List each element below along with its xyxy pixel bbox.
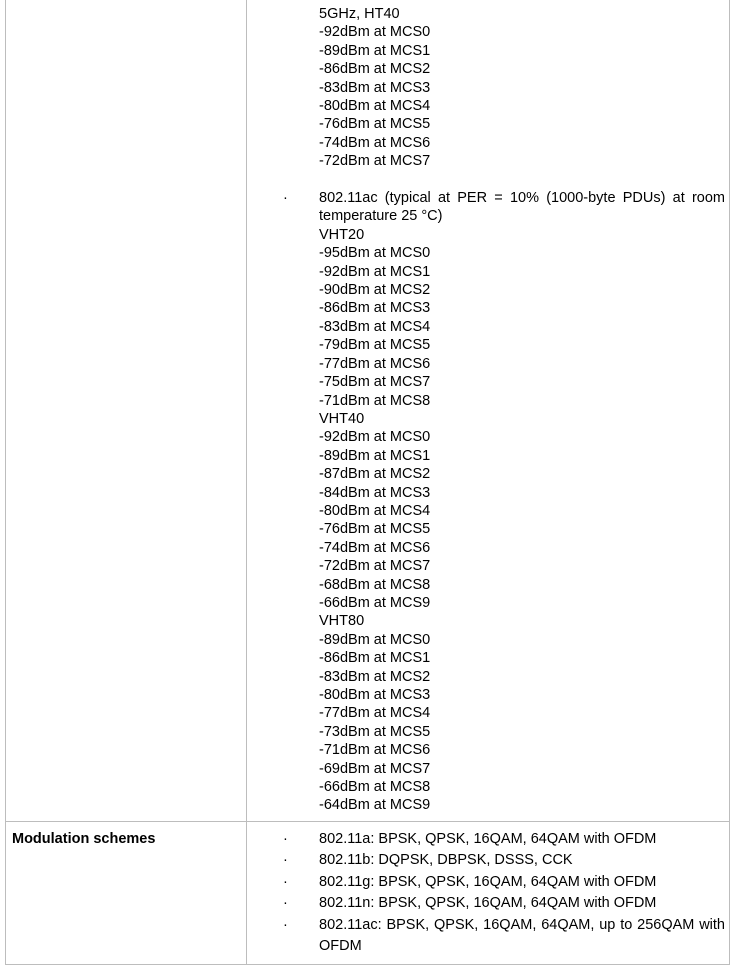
sensitivity-line: -80dBm at MCS4 [319,97,725,115]
sensitivity-line: -89dBm at MCS0 [319,631,725,649]
sensitivity-line: -80dBm at MCS4 [319,502,725,520]
modulation-text: 802.11g: BPSK, QPSK, 16QAM, 64QAM with O… [319,872,725,894]
sensitivity-line: -68dBm at MCS8 [319,576,725,594]
sensitivity-line: -89dBm at MCS1 [319,447,725,465]
modulation-text: 802.11n: BPSK, QPSK, 16QAM, 64QAM with O… [319,893,725,915]
bullet-icon: · [283,893,288,915]
sensitivity-line: -76dBm at MCS5 [319,115,725,133]
table-row-rx-sensitivity: 5GHz, HT40 -92dBm at MCS0-89dBm at MCS1-… [6,0,730,821]
group-heading: VHT20 [319,226,725,244]
modulation-text: 802.11b: DQPSK, DBPSK, DSSS, CCK [319,850,725,872]
sensitivity-line: -79dBm at MCS5 [319,336,725,354]
bullet-icon: · [283,850,288,872]
sensitivity-line: -84dBm at MCS3 [319,484,725,502]
modulation-item: ·802.11g: BPSK, QPSK, 16QAM, 64QAM with … [319,872,725,894]
modulation-value-cell: ·802.11a: BPSK, QPSK, 16QAM, 64QAM with … [247,821,730,964]
row-label-cell-empty [6,0,247,821]
spacer [319,171,725,189]
modulation-item: ·802.11n: BPSK, QPSK, 16QAM, 64QAM with … [319,893,725,915]
sensitivity-line: -75dBm at MCS7 [319,373,725,391]
modulation-text: 802.11ac: BPSK, QPSK, 16QAM, 64QAM, up t… [319,915,725,958]
ht40-heading: 5GHz, HT40 [319,5,725,23]
modulation-item: ·802.11b: DQPSK, DBPSK, DSSS, CCK [319,850,725,872]
row-label-cell: Modulation schemes [6,821,247,964]
modulation-item: ·802.11a: BPSK, QPSK, 16QAM, 64QAM with … [319,829,725,851]
sensitivity-line: -74dBm at MCS6 [319,539,725,557]
bullet-icon: · [283,829,288,851]
modulation-item: ·802.11ac: BPSK, QPSK, 16QAM, 64QAM, up … [319,915,725,958]
sensitivity-line: -74dBm at MCS6 [319,134,725,152]
sensitivity-line: -64dBm at MCS9 [319,796,725,814]
sensitivity-line: -83dBm at MCS3 [319,79,725,97]
sensitivity-line: -77dBm at MCS4 [319,704,725,722]
sensitivity-line: -80dBm at MCS3 [319,686,725,704]
spec-table: 5GHz, HT40 -92dBm at MCS0-89dBm at MCS1-… [5,0,730,965]
sensitivity-line: -72dBm at MCS7 [319,152,725,170]
ht40-list: -92dBm at MCS0-89dBm at MCS1-86dBm at MC… [319,23,725,170]
group-heading: VHT80 [319,612,725,630]
group-heading: VHT40 [319,410,725,428]
modulation-list: ·802.11a: BPSK, QPSK, 16QAM, 64QAM with … [247,822,729,964]
bullet-icon: · [283,189,288,207]
modulation-text: 802.11a: BPSK, QPSK, 16QAM, 64QAM with O… [319,829,725,851]
ac-intro-text: 802.11ac (typical at PER = 10% (1000-byt… [319,189,725,226]
sensitivity-line: -86dBm at MCS3 [319,299,725,317]
sensitivity-line: -83dBm at MCS2 [319,668,725,686]
bullet-icon: · [283,872,288,894]
sensitivity-line: -90dBm at MCS2 [319,281,725,299]
sensitivity-line: -92dBm at MCS0 [319,428,725,446]
sensitivity-line: -66dBm at MCS9 [319,594,725,612]
sensitivity-line: -87dBm at MCS2 [319,465,725,483]
sensitivity-line: -71dBm at MCS8 [319,392,725,410]
sensitivity-line: -66dBm at MCS8 [319,778,725,796]
sensitivity-line: -83dBm at MCS4 [319,318,725,336]
sensitivity-line: -71dBm at MCS6 [319,741,725,759]
sensitivity-line: -95dBm at MCS0 [319,244,725,262]
sensitivity-line: -89dBm at MCS1 [319,42,725,60]
sensitivity-line: -92dBm at MCS0 [319,23,725,41]
sensitivity-line: -86dBm at MCS1 [319,649,725,667]
sensitivity-line: -76dBm at MCS5 [319,520,725,538]
rx-sensitivity-value-cell: 5GHz, HT40 -92dBm at MCS0-89dBm at MCS1-… [247,0,730,821]
sensitivity-line: -69dBm at MCS7 [319,760,725,778]
sensitivity-line: -92dBm at MCS1 [319,263,725,281]
modulation-label: Modulation schemes [6,822,246,848]
ac-groups: VHT20-95dBm at MCS0-92dBm at MCS1-90dBm … [319,226,725,815]
ac-list-item: · 802.11ac (typical at PER = 10% (1000-b… [319,189,725,815]
sensitivity-line: -86dBm at MCS2 [319,60,725,78]
sensitivity-line: -73dBm at MCS5 [319,723,725,741]
sensitivity-line: -77dBm at MCS6 [319,355,725,373]
sensitivity-line: -72dBm at MCS7 [319,557,725,575]
table-row-modulation: Modulation schemes ·802.11a: BPSK, QPSK,… [6,821,730,964]
bullet-icon: · [283,915,288,937]
